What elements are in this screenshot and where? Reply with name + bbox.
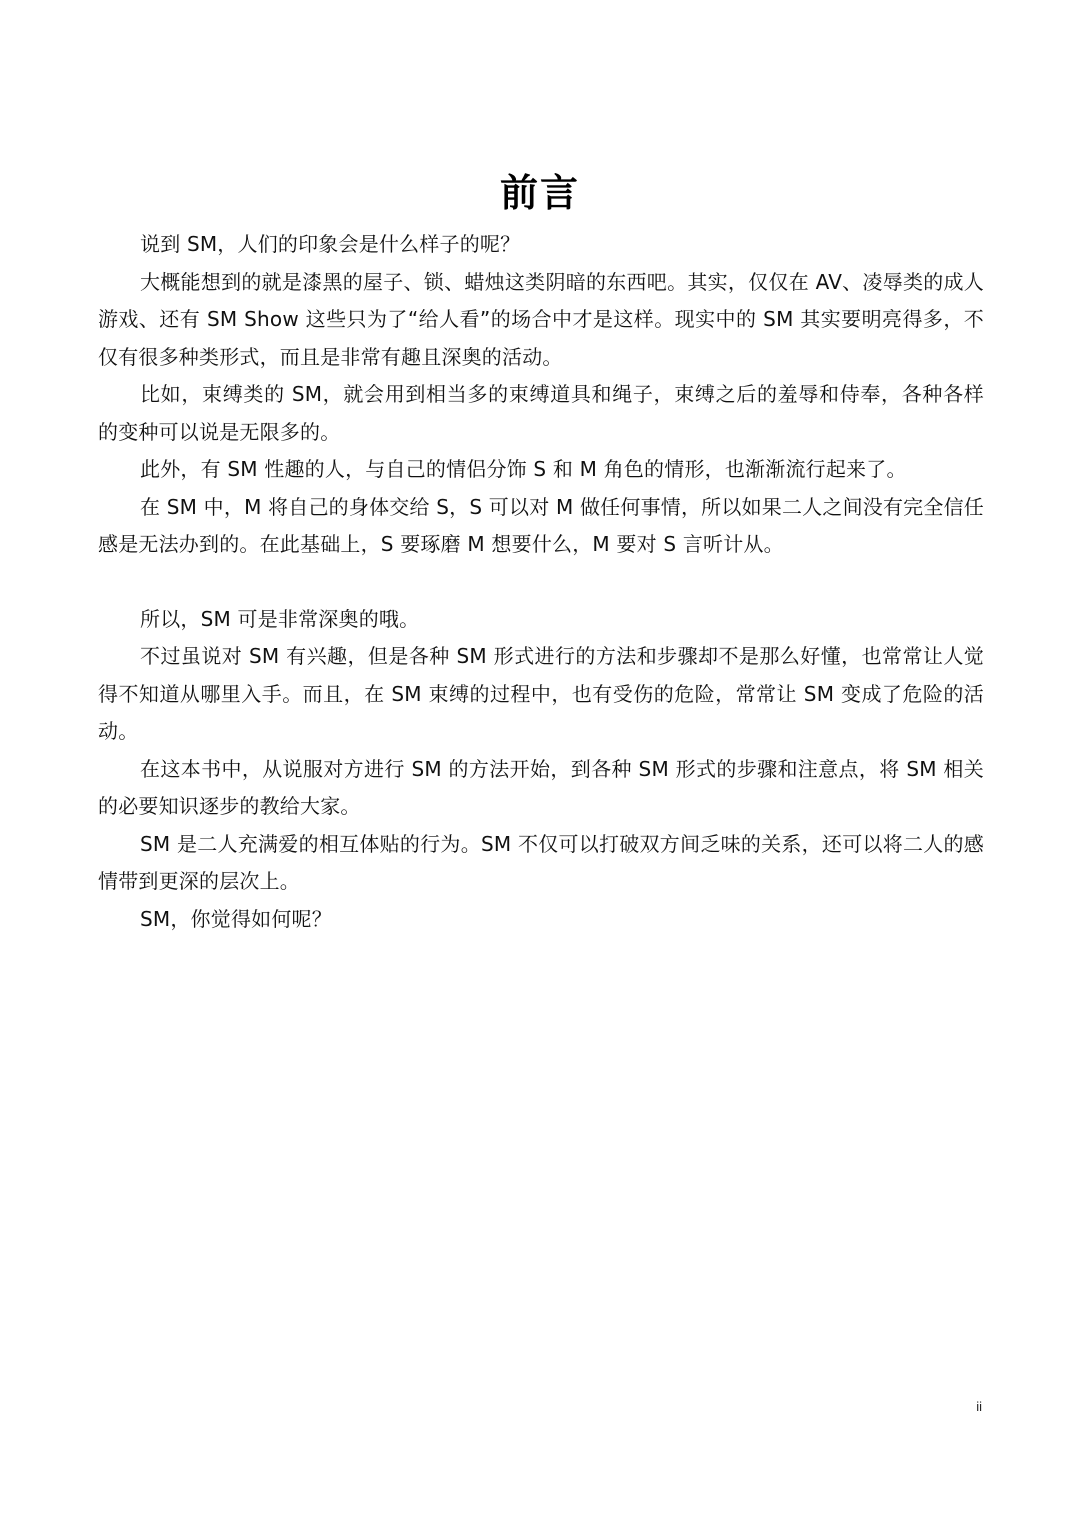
paragraph: 在这本书中，从说服对方进行 SM 的方法开始，到各种 SM 形式的步骤和注意点，…	[98, 751, 984, 826]
page-title: 前言	[0, 165, 1080, 221]
paragraph: 大概能想到的就是漆黑的屋子、锁、蜡烛这类阴暗的东西吧。其实，仅仅在 AV、凌辱类…	[98, 264, 984, 377]
paragraph: 在 SM 中，M 将自己的身体交给 S，S 可以对 M 做任何事情，所以如果二人…	[98, 489, 984, 564]
preface-body: 说到 SM，人们的印象会是什么样子的呢？ 大概能想到的就是漆黑的屋子、锁、蜡烛这…	[98, 226, 984, 938]
paragraph: 所以，SM 可是非常深奥的哦。	[98, 601, 984, 639]
document-page: 前言 说到 SM，人们的印象会是什么样子的呢？ 大概能想到的就是漆黑的屋子、锁、…	[0, 0, 1080, 1527]
paragraph: 说到 SM，人们的印象会是什么样子的呢？	[98, 226, 984, 264]
paragraph: SM，你觉得如何呢？	[98, 901, 984, 939]
paragraph: SM 是二人充满爱的相互体贴的行为。SM 不仅可以打破双方间乏味的关系，还可以将…	[98, 826, 984, 901]
paragraph: 不过虽说对 SM 有兴趣，但是各种 SM 形式进行的方法和步骤却不是那么好懂，也…	[98, 638, 984, 751]
paragraph: 此外，有 SM 性趣的人，与自己的情侣分饰 S 和 M 角色的情形，也渐渐流行起…	[98, 451, 984, 489]
page-number: ii	[976, 1399, 982, 1414]
paragraph: 比如，束缚类的 SM，就会用到相当多的束缚道具和绳子，束缚之后的羞辱和侍奉，各种…	[98, 376, 984, 451]
